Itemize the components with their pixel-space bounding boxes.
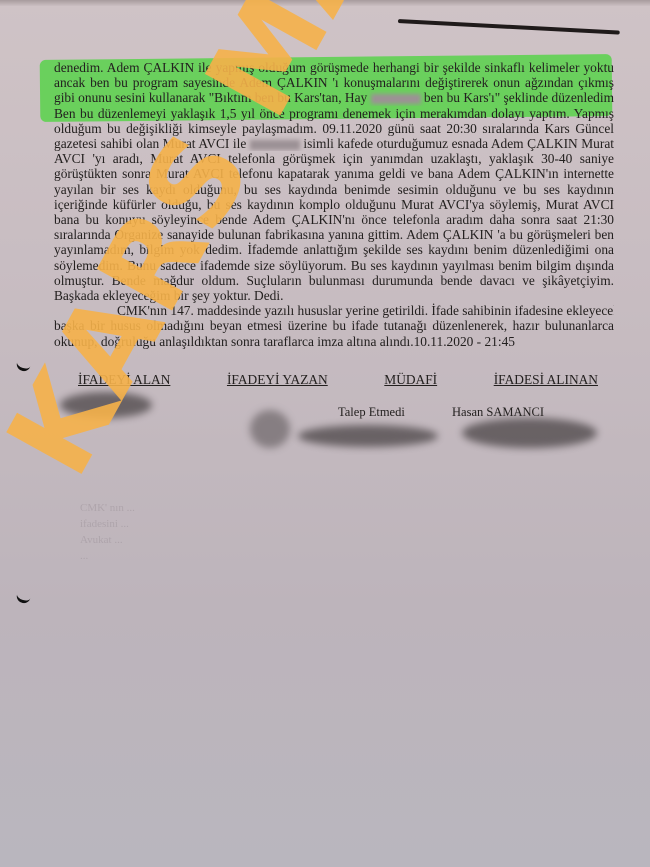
- text-line: söylemedim. Bunu sadece ifademde size sö…: [54, 258, 614, 273]
- text-line: okunup, doğruluğu anlaşıldıktan sonra ta…: [54, 334, 614, 349]
- text-line: gibi onunu sesini kullanarak "Bıktım ben…: [54, 90, 614, 105]
- text-line: gazetesi sahibi olan Murat AVCI ile isim…: [54, 136, 614, 151]
- text-line: Başkada ekleyeceğim bir şey yoktur. Dedi…: [54, 288, 614, 303]
- text-line: ancak ben bu program sayesinde Adem ÇALK…: [54, 75, 614, 90]
- pen-stroke-mark: [398, 19, 620, 35]
- text-line: sıralarında Organize sanayide bulunan fa…: [54, 227, 614, 242]
- bleed-line: Avukat ...: [80, 532, 135, 548]
- bleed-through-text: CMK' nın ...ifadesini ...Avukat ......: [80, 500, 135, 564]
- text-line: başka bir husus olmadığını beyan etmesi …: [54, 318, 614, 333]
- document-photo: denedim. Adem ÇALKIN ile yapmış olduğum …: [0, 0, 650, 867]
- bleed-line: CMK' nın ...: [80, 500, 135, 516]
- signature-scribble-1: [60, 392, 152, 418]
- signature-headers: İFADEYİ ALAN İFADEYİ YAZAN MÜDAFİ İFADES…: [78, 372, 598, 388]
- bleed-line: ifadesini ...: [80, 516, 135, 532]
- statement-text: denedim. Adem ÇALKIN ile yapmış olduğum …: [54, 60, 614, 349]
- redacted-blur: [371, 94, 421, 104]
- redacted-blur: [250, 140, 300, 150]
- header-mudafi: MÜDAFİ: [384, 372, 437, 388]
- text-line: CMK'nın 147. maddesinde yazılı hususlar …: [54, 303, 614, 318]
- header-ifadesi-alinan: İFADESİ ALINAN: [494, 372, 598, 388]
- text-line: bana bu konuyu söyleyince bende Adem ÇAL…: [54, 212, 614, 227]
- text-line: olduğum bu değişikliği kimseyle paylaşma…: [54, 121, 614, 136]
- text-line: Ben bu düzenlemeyi yaklaşık 1,5 yıl önce…: [54, 106, 614, 121]
- signature-scribble-2: [250, 410, 290, 448]
- header-ifadeyi-alan: İFADEYİ ALAN: [78, 372, 170, 388]
- bleed-line: ...: [80, 548, 135, 564]
- text-line: yayınlamadım, bilgim yok dedim. İfademde…: [54, 242, 614, 257]
- text-line: denedim. Adem ÇALKIN ile yapmış olduğum …: [54, 60, 614, 75]
- text-line: görüştükten sonra Murat AVCI telefonu ka…: [54, 166, 614, 181]
- header-ifadeyi-yazan: İFADEYİ YAZAN: [227, 372, 328, 388]
- text-line: AVCI 'yı aradı, Murat AVCI telefonla gör…: [54, 151, 614, 166]
- mudafi-value: Talep Etmedi: [338, 405, 405, 420]
- text-line: içeriğinde küfürler olduğu, bu ses kaydı…: [54, 197, 614, 212]
- signature-scribble-4: [462, 418, 597, 448]
- paragraph-statement: denedim. Adem ÇALKIN ile yapmış olduğum …: [54, 60, 614, 303]
- margin-mark-1: [15, 360, 31, 373]
- text-line: olmuştur. Bende mağdur oldum. Suçluların…: [54, 273, 614, 288]
- margin-mark-2: [15, 592, 31, 605]
- text-line: yayılan bir ses kaydı olduğunu, bu ses k…: [54, 182, 614, 197]
- signature-scribble-3: [298, 425, 438, 447]
- paragraph-closing: CMK'nın 147. maddesinde yazılı hususlar …: [54, 303, 614, 349]
- page-top-edge: [0, 0, 650, 6]
